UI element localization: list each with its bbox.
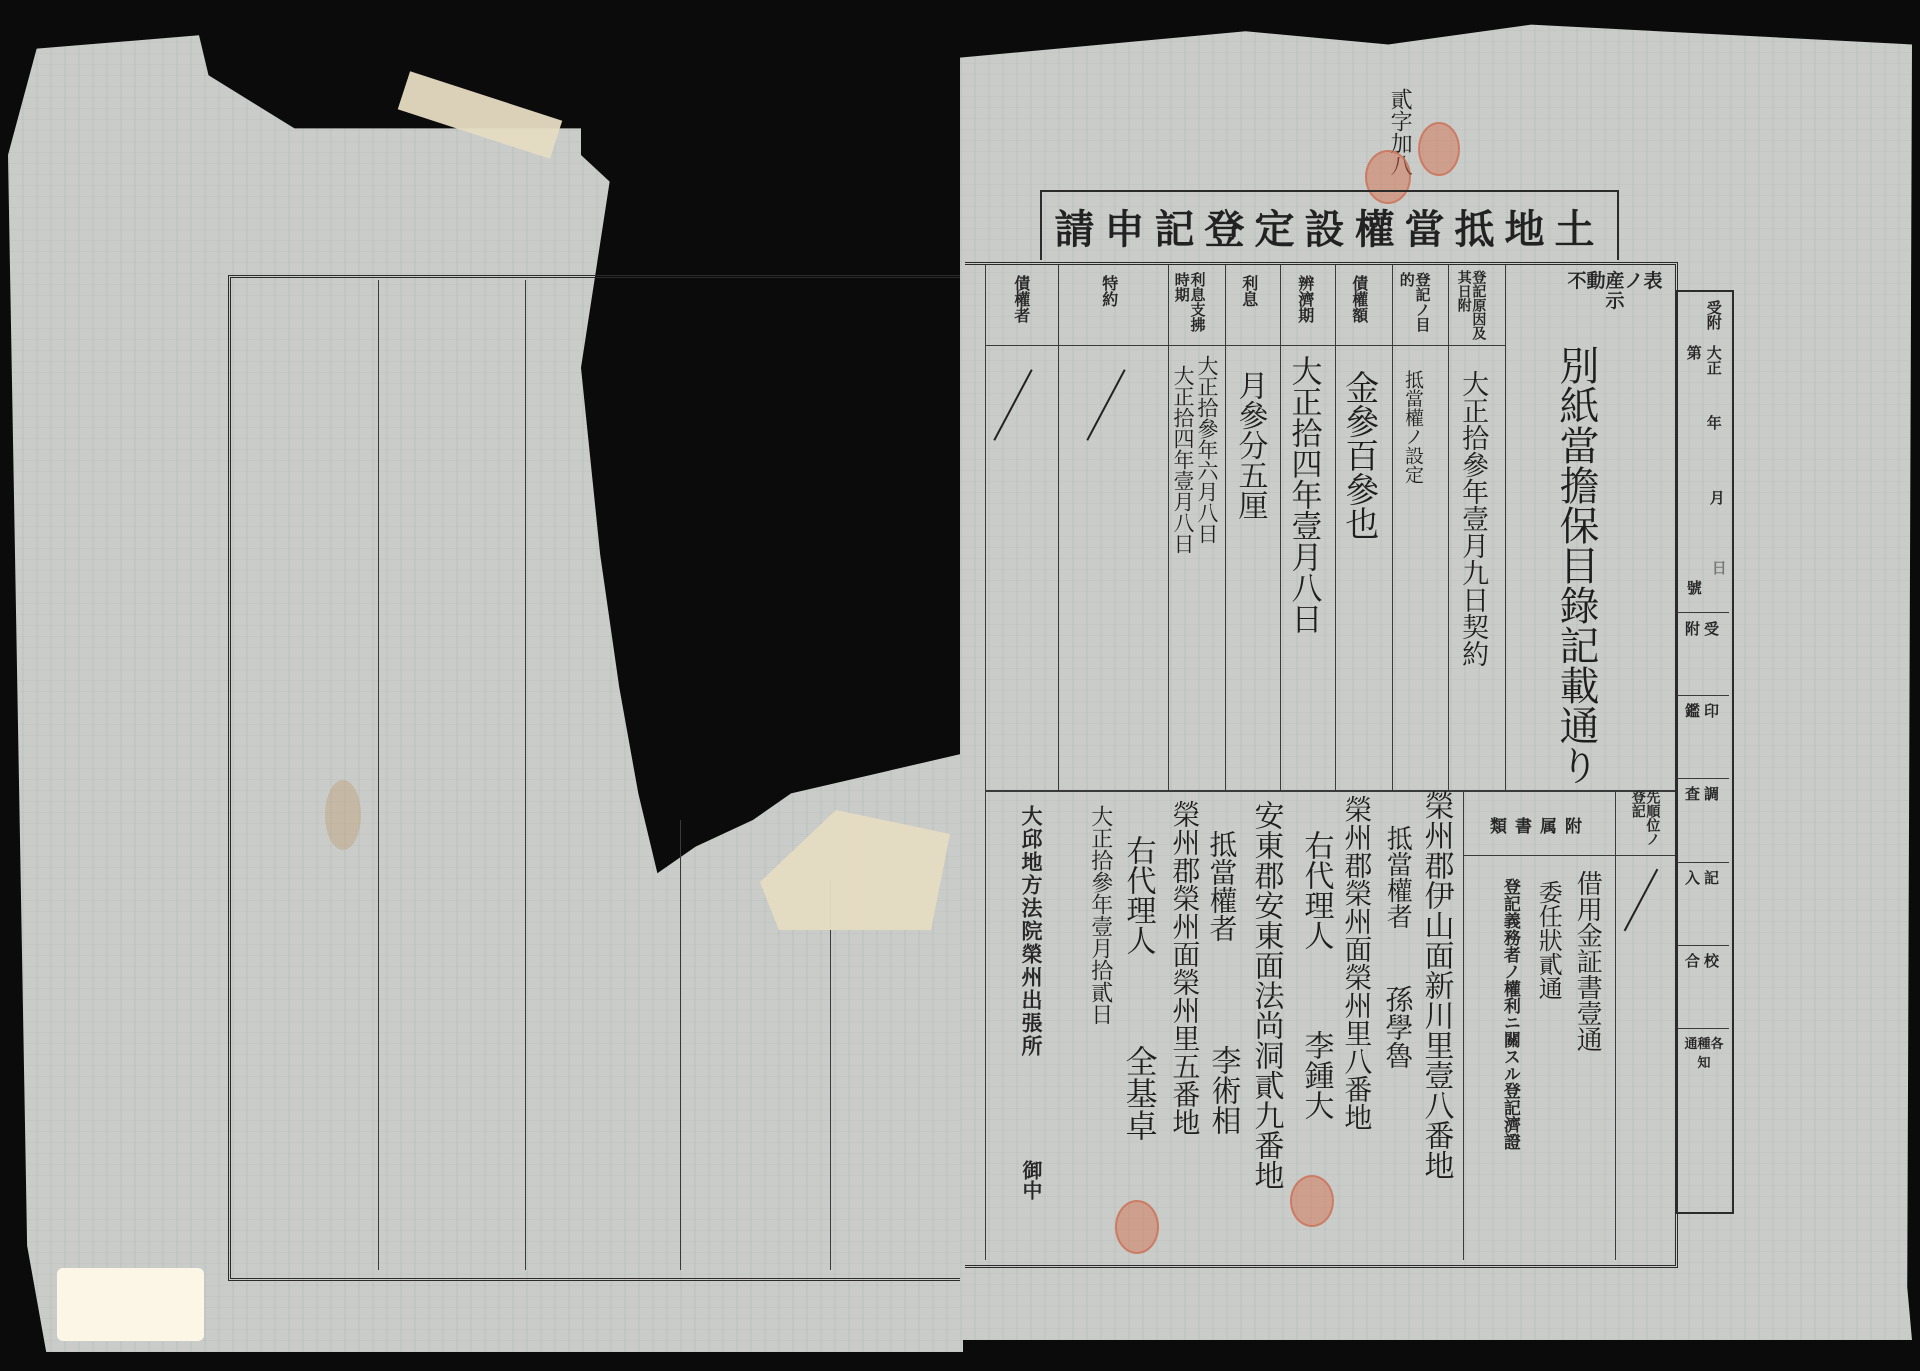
col-rule <box>1280 265 1281 790</box>
receipt-row-seal: 印鑑 <box>1680 700 1728 721</box>
footer-date: 大正拾參年壹月拾貳日 <box>1085 805 1115 1025</box>
header-creditor: 債權者 <box>1012 275 1029 323</box>
receipt-field-year: 年 <box>1705 415 1721 430</box>
row-rule <box>1677 612 1729 613</box>
col-rule <box>1058 265 1059 790</box>
mortgagee-label: 抵當權者 <box>1207 830 1236 942</box>
header-priority: 先順位ノ登記 <box>1630 790 1659 850</box>
header-claim-amount: 債權額 <box>1350 275 1367 323</box>
left-page-rule <box>378 280 379 1270</box>
left-page-rule <box>830 880 831 1270</box>
header-interest: 利息 <box>1240 275 1257 335</box>
left-page-rule <box>680 820 681 1270</box>
header-row-divider <box>985 345 1505 346</box>
value-claim-amount: 金參百參也 <box>1340 370 1376 540</box>
title-box: 土地抵當權設定登記申請 <box>1040 190 1619 260</box>
agent2-label: 右代理人 <box>1122 835 1154 955</box>
value-purpose: 抵當權ノ設定 <box>1402 370 1422 484</box>
receipt-row-accepted: 受附 <box>1680 618 1728 639</box>
attached-item-loan-certificate: 借用金証書壹通 <box>1573 870 1600 1052</box>
col-rule <box>1505 265 1506 790</box>
agent2-address: 榮州郡榮州面榮州里五番地 <box>1170 800 1199 1136</box>
col-rule <box>1615 790 1616 1260</box>
agent1-address: 榮州郡榮州面榮州里八番地 <box>1342 795 1371 1131</box>
mortgagee-address: 安東郡安東面法尚洞貳九番地 <box>1250 800 1282 1190</box>
row-rule <box>1677 1028 1729 1029</box>
upper-lower-divider <box>985 790 1675 792</box>
receipt-header: 受附 <box>1705 300 1721 330</box>
footer-honorific: 御中 <box>1020 1160 1041 1200</box>
col-rule <box>1463 790 1464 1260</box>
row-rule <box>1677 862 1729 863</box>
seal-stamp <box>1115 1200 1159 1254</box>
row-rule <box>1463 855 1675 856</box>
left-page-frame <box>228 275 966 1281</box>
header-purpose: 登記ノ目的 <box>1398 272 1430 342</box>
agent1-name: 李鍾大 <box>1300 1030 1332 1120</box>
mortgagor-address: 榮州郡伊山面新川里壹八番地 <box>1420 790 1452 1180</box>
header-interest-payment: 利息支拂時期 <box>1173 272 1205 342</box>
value-repayment-period: 大正拾四年壹月八日 <box>1287 355 1320 634</box>
receipt-field-number: 號 <box>1685 580 1701 595</box>
seal-stamp <box>1418 122 1460 176</box>
header-property-display: 不動産ノ表示 <box>1560 272 1670 312</box>
col-rule <box>1168 265 1169 790</box>
receipt-row-inspection: 調査 <box>1680 783 1728 804</box>
mortgagee-name: 李術相 <box>1207 1045 1239 1135</box>
header-special-terms: 特約 <box>1100 275 1117 339</box>
left-page-rule <box>525 280 526 1270</box>
attached-item-power-of-attorney: 委任狀貳通 <box>1535 880 1560 1000</box>
mortgagor-name: 孫學魯 <box>1383 985 1412 1069</box>
header-attached-documents: 附属書類 <box>1475 812 1605 837</box>
row-rule <box>1677 945 1729 946</box>
attached-printed-note: 登記義務者ノ權利ニ關スル登記濟證 <box>1500 878 1518 1150</box>
value-interest-payment-1: 大正拾參年六月八日 <box>1196 355 1218 544</box>
header-cause-and-date: 登記原因及其日附 <box>1456 270 1485 340</box>
agent2-name: 全基卓 <box>1122 1045 1156 1141</box>
mortgagor-label: 抵當權者 <box>1383 825 1410 929</box>
white-label-sticker <box>57 1268 204 1341</box>
value-cause-and-date: 大正拾參年壹月九日契約 <box>1455 370 1490 667</box>
receipt-row-notices: 各種通知 <box>1680 1033 1728 1071</box>
row-rule <box>1677 778 1729 779</box>
receipt-row-entry: 記入 <box>1680 867 1728 888</box>
value-interest-payment-2: 大正拾四年壹月八日 <box>1172 365 1194 554</box>
receipt-row-collation: 校合 <box>1680 950 1728 971</box>
col-rule <box>1335 265 1336 790</box>
row-rule <box>1677 695 1729 696</box>
value-property-display: 別紙當擔保目錄記載通り <box>1555 345 1597 785</box>
receipt-field-number-prefix: 第 <box>1685 345 1701 360</box>
footer-court: 大邱地方法院榮州出張所 <box>1020 805 1042 1058</box>
seal-stamp <box>1290 1175 1334 1227</box>
header-repayment-period: 辨濟期 <box>1296 275 1313 323</box>
col-rule <box>985 265 986 1260</box>
receipt-field-day: 日 <box>1710 560 1726 575</box>
col-rule <box>1225 265 1226 790</box>
value-interest: 月參分五厘 <box>1234 370 1266 520</box>
stain-mark <box>325 780 361 850</box>
page-title: 土地抵當權設定登記申請 <box>1055 198 1605 255</box>
col-rule <box>1392 265 1393 790</box>
col-rule <box>1448 265 1449 790</box>
receipt-field-era: 大正 <box>1705 345 1721 375</box>
agent1-label: 右代理人 <box>1300 830 1332 950</box>
receipt-field-month: 月 <box>1708 490 1724 505</box>
